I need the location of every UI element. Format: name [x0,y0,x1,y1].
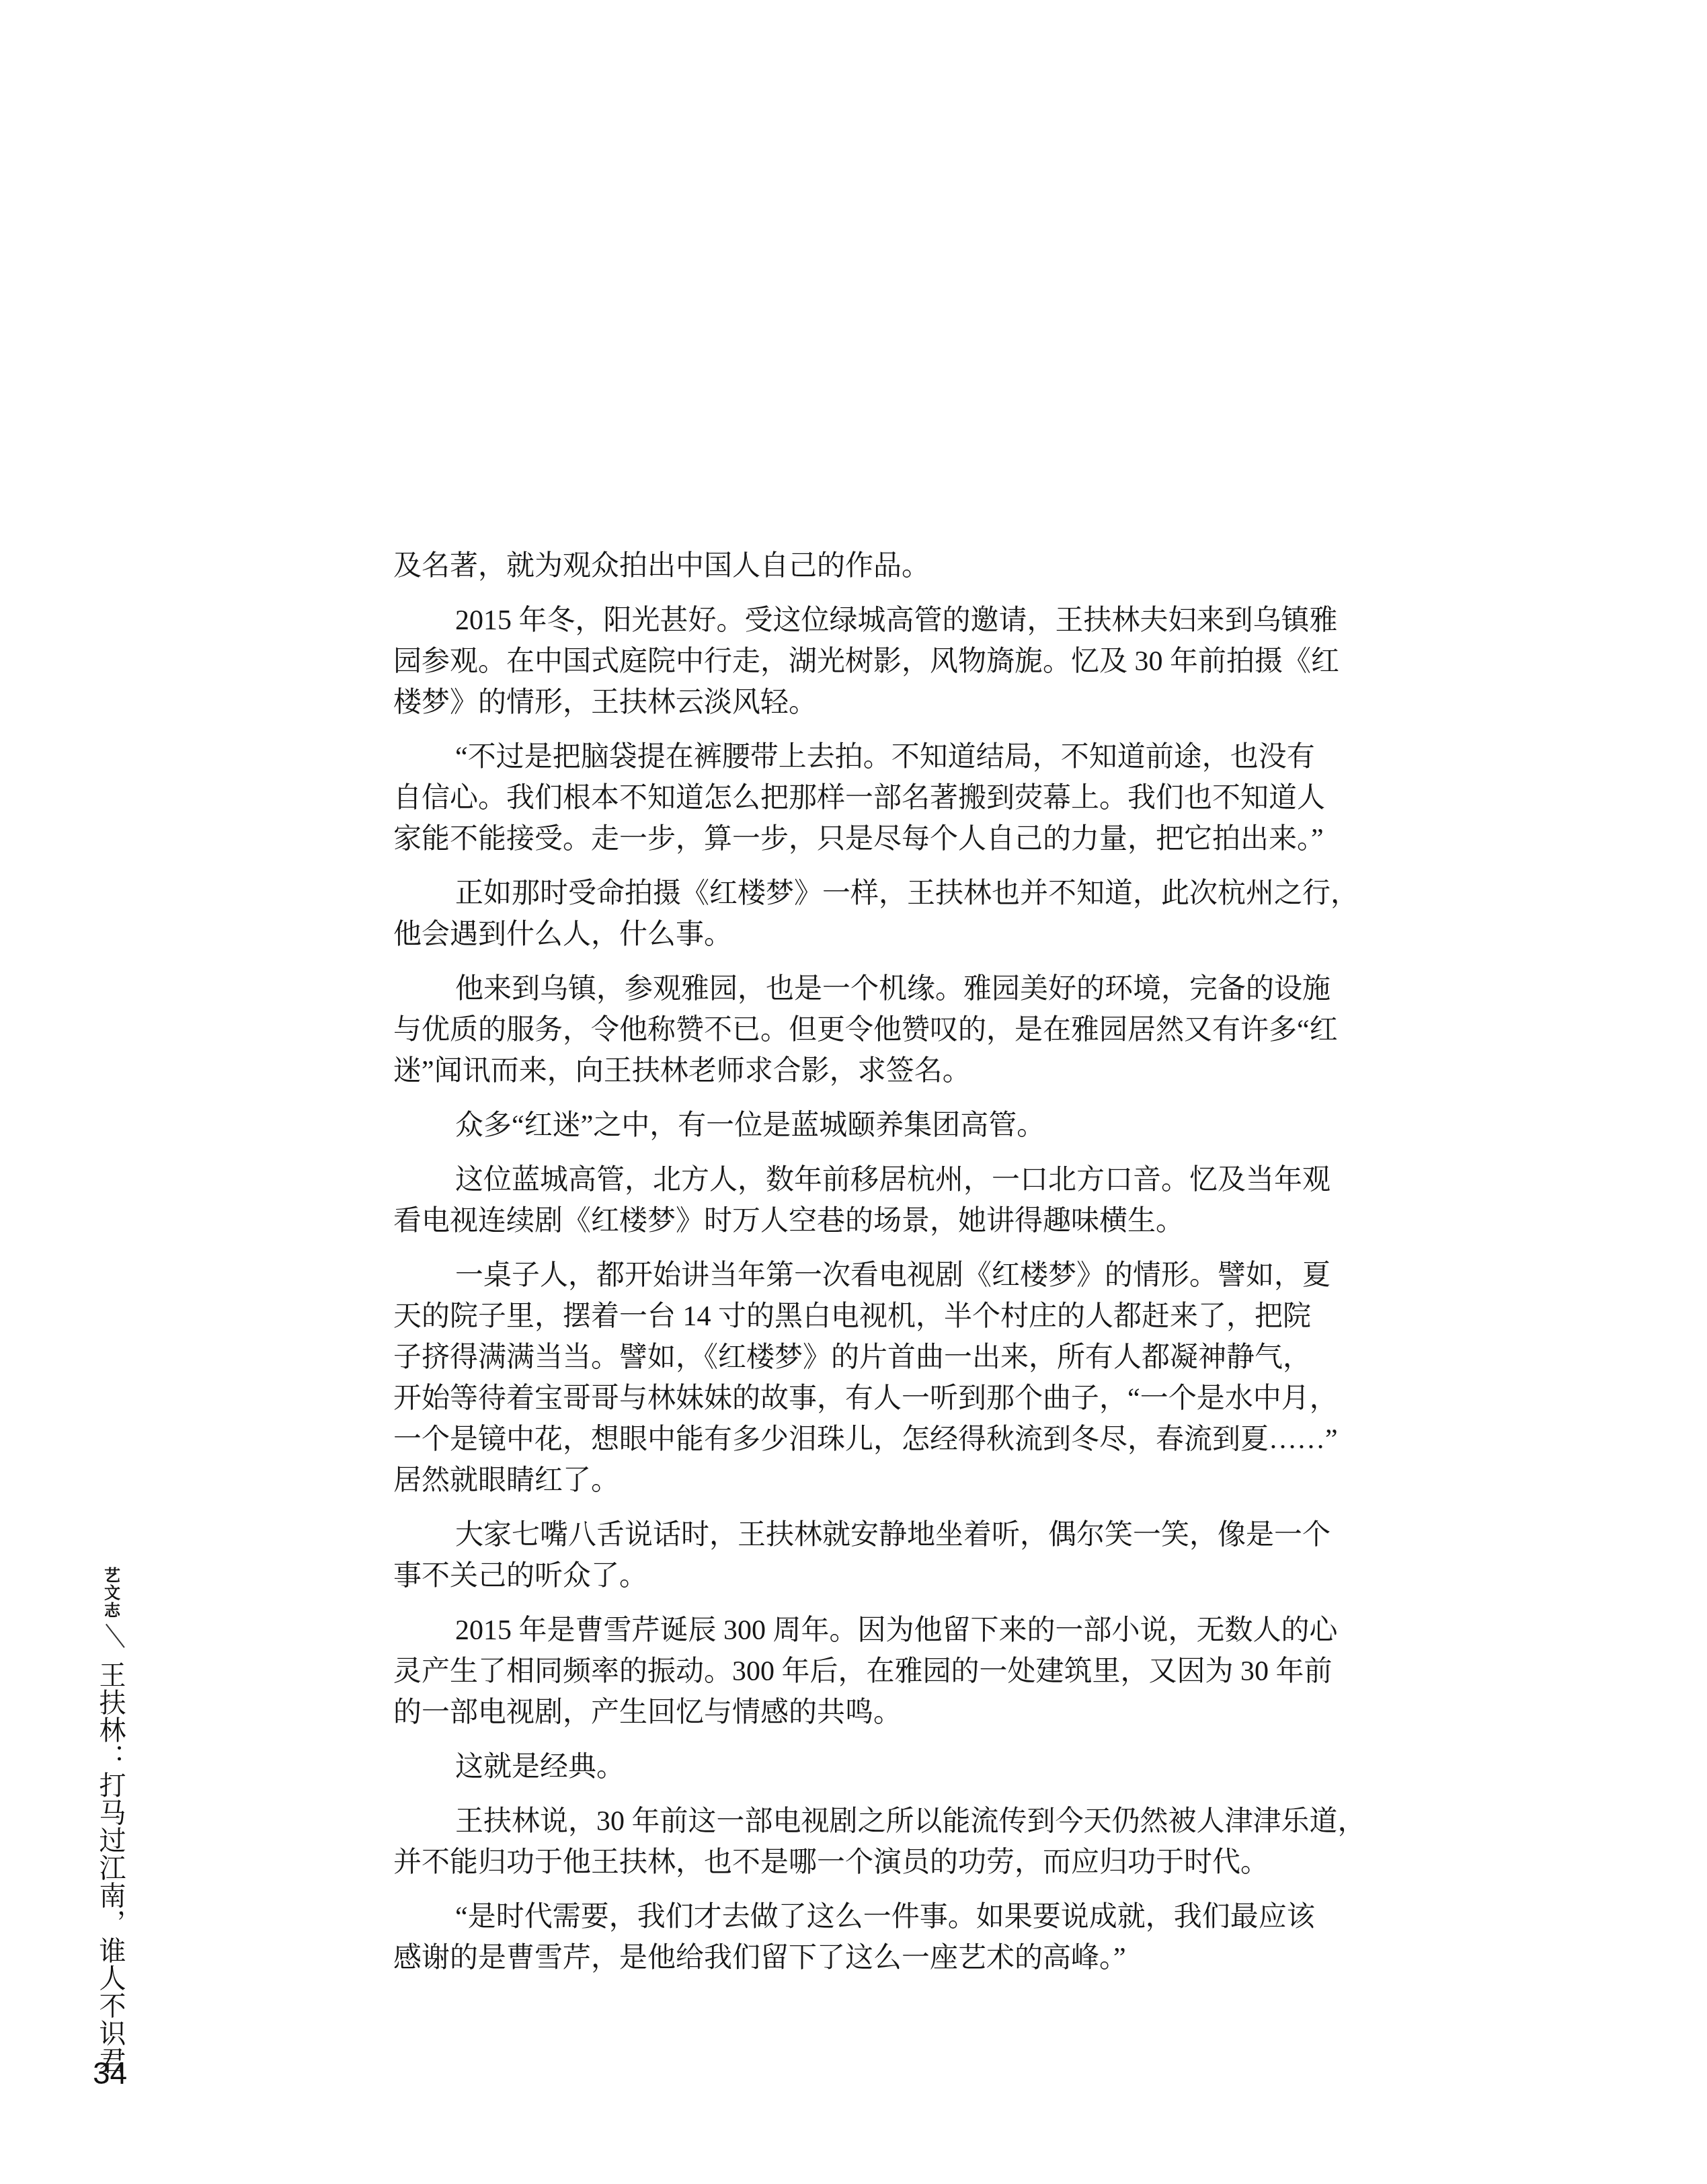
paragraph: 众多“红迷”之中，有一位是蓝城颐养集团高管。 [393,1105,1235,1146]
text-line: 王扶林说，30 年前这一部电视剧之所以能流传到今天仍然被人津津乐道， [393,1801,1235,1842]
text-line: 居然就眼睛红了。 [393,1460,1235,1501]
paragraph: 正如那时受命拍摄《红楼梦》一样，王扶林也并不知道，此次杭州之行，他会遇到什么人，… [393,873,1235,955]
text-line: 楼梦》的情形，王扶林云淡风轻。 [393,682,1235,724]
text-line: “是时代需要，我们才去做了这么一件事。如果要说成就，我们最应该 [393,1897,1235,1938]
paragraph: 大家七嘴八舌说话时，王扶林就安静地坐着听，偶尔笑一笑，像是一个事不关己的听众了。 [393,1515,1235,1597]
text-line: 2015 年是曹雪芹诞辰 300 周年。因为他留下来的一部小说，无数人的心 [393,1610,1235,1651]
paragraph: 这就是经典。 [393,1747,1235,1788]
paragraph: 王扶林说，30 年前这一部电视剧之所以能流传到今天仍然被人津津乐道，并不能归功于… [393,1801,1235,1883]
running-header-vertical: 艺文志 王扶林：打马过江南，谁人不识君 [91,1567,129,2074]
text-line: 大家七嘴八舌说话时，王扶林就安静地坐着听，偶尔笑一笑，像是一个 [393,1515,1235,1556]
paragraph: 一桌子人，都开始讲当年第一次看电视剧《红楼梦》的情形。譬如，夏天的院子里，摆着一… [393,1255,1235,1501]
text-line: 2015 年冬，阳光甚好。受这位绿城高管的邀请，王扶林夫妇来到乌镇雅 [393,600,1235,641]
paragraph: 2015 年冬，阳光甚好。受这位绿城高管的邀请，王扶林夫妇来到乌镇雅园参观。在中… [393,600,1235,724]
text-line: 及名著，就为观众拍出中国人自己的作品。 [393,546,1235,587]
text-line: 一个是镜中花，想眼中能有多少泪珠儿，怎经得秋流到冬尽，春流到夏……” [393,1419,1235,1460]
paragraph: “不过是把脑袋提在裤腰带上去拍。不知道结局，不知道前途，也没有自信心。我们根本不… [393,737,1235,860]
article-body: 及名著，就为观众拍出中国人自己的作品。2015 年冬，阳光甚好。受这位绿城高管的… [393,546,1235,1992]
text-line: 家能不能接受。走一步，算一步，只是尽每个人自己的力量，把它拍出来。” [393,819,1235,860]
text-line: 园参观。在中国式庭院中行走，湖光树影，风物旖旎。忆及 30 年前拍摄《红 [393,641,1235,682]
separator-slash [110,1625,111,1651]
page-number: 34 [93,2056,127,2090]
article-title: 王扶林：打马过江南，谁人不识君 [95,1661,125,2074]
text-line: 事不关己的听众了。 [393,1556,1235,1597]
text-line: 子挤得满满当当。譬如，《红楼梦》的片首曲一出来，所有人都凝神静气， [393,1337,1235,1378]
text-line: 的一部电视剧，产生回忆与情感的共鸣。 [393,1692,1235,1733]
text-line: “不过是把脑袋提在裤腰带上去拍。不知道结局，不知道前途，也没有 [393,737,1235,778]
text-line: 开始等待着宝哥哥与林妹妹的故事，有人一听到那个曲子，“一个是水中月， [393,1378,1235,1419]
text-line: 众多“红迷”之中，有一位是蓝城颐养集团高管。 [393,1105,1235,1146]
text-line: 正如那时受命拍摄《红楼梦》一样，王扶林也并不知道，此次杭州之行， [393,873,1235,914]
text-line: 感谢的是曹雪芹，是他给我们留下了这么一座艺术的高峰。” [393,1938,1235,1979]
text-line: 看电视连续剧《红楼梦》时万人空巷的场景，她讲得趣味横生。 [393,1201,1235,1242]
paragraph: 他来到乌镇，参观雅园，也是一个机缘。雅园美好的环境，完备的设施与优质的服务，令他… [393,969,1235,1092]
text-line: 这位蓝城高管，北方人，数年前移居杭州，一口北方口音。忆及当年观 [393,1160,1235,1201]
text-line: 自信心。我们根本不知道怎么把那样一部名著搬到荧幕上。我们也不知道人 [393,778,1235,819]
text-line: 与优质的服务，令他称赞不已。但更令他赞叹的，是在雅园居然又有许多“红 [393,1010,1235,1051]
paragraph: 及名著，就为观众拍出中国人自己的作品。 [393,546,1235,587]
section-label: 艺文志 [100,1567,121,1619]
paragraph: 这位蓝城高管，北方人，数年前移居杭州，一口北方口音。忆及当年观看电视连续剧《红楼… [393,1160,1235,1242]
text-line: 他来到乌镇，参观雅园，也是一个机缘。雅园美好的环境，完备的设施 [393,969,1235,1010]
magazine-page: 艺文志 王扶林：打马过江南，谁人不识君 34 及名著，就为观众拍出中国人自己的作… [0,0,1707,2184]
text-line: 并不能归功于他王扶林，也不是哪一个演员的功劳，而应归功于时代。 [393,1842,1235,1883]
text-line: 灵产生了相同频率的振动。300 年后，在雅园的一处建筑里，又因为 30 年前 [393,1651,1235,1692]
paragraph: “是时代需要，我们才去做了这么一件事。如果要说成就，我们最应该感谢的是曹雪芹，是… [393,1897,1235,1979]
paragraph: 2015 年是曹雪芹诞辰 300 周年。因为他留下来的一部小说，无数人的心灵产生… [393,1610,1235,1733]
text-line: 一桌子人，都开始讲当年第一次看电视剧《红楼梦》的情形。譬如，夏 [393,1255,1235,1296]
text-line: 这就是经典。 [393,1747,1235,1788]
text-line: 迷”闻讯而来，向王扶林老师求合影，求签名。 [393,1051,1235,1092]
text-line: 天的院子里，摆着一台 14 寸的黑白电视机，半个村庄的人都赶来了，把院 [393,1296,1235,1337]
text-line: 他会遇到什么人，什么事。 [393,914,1235,955]
